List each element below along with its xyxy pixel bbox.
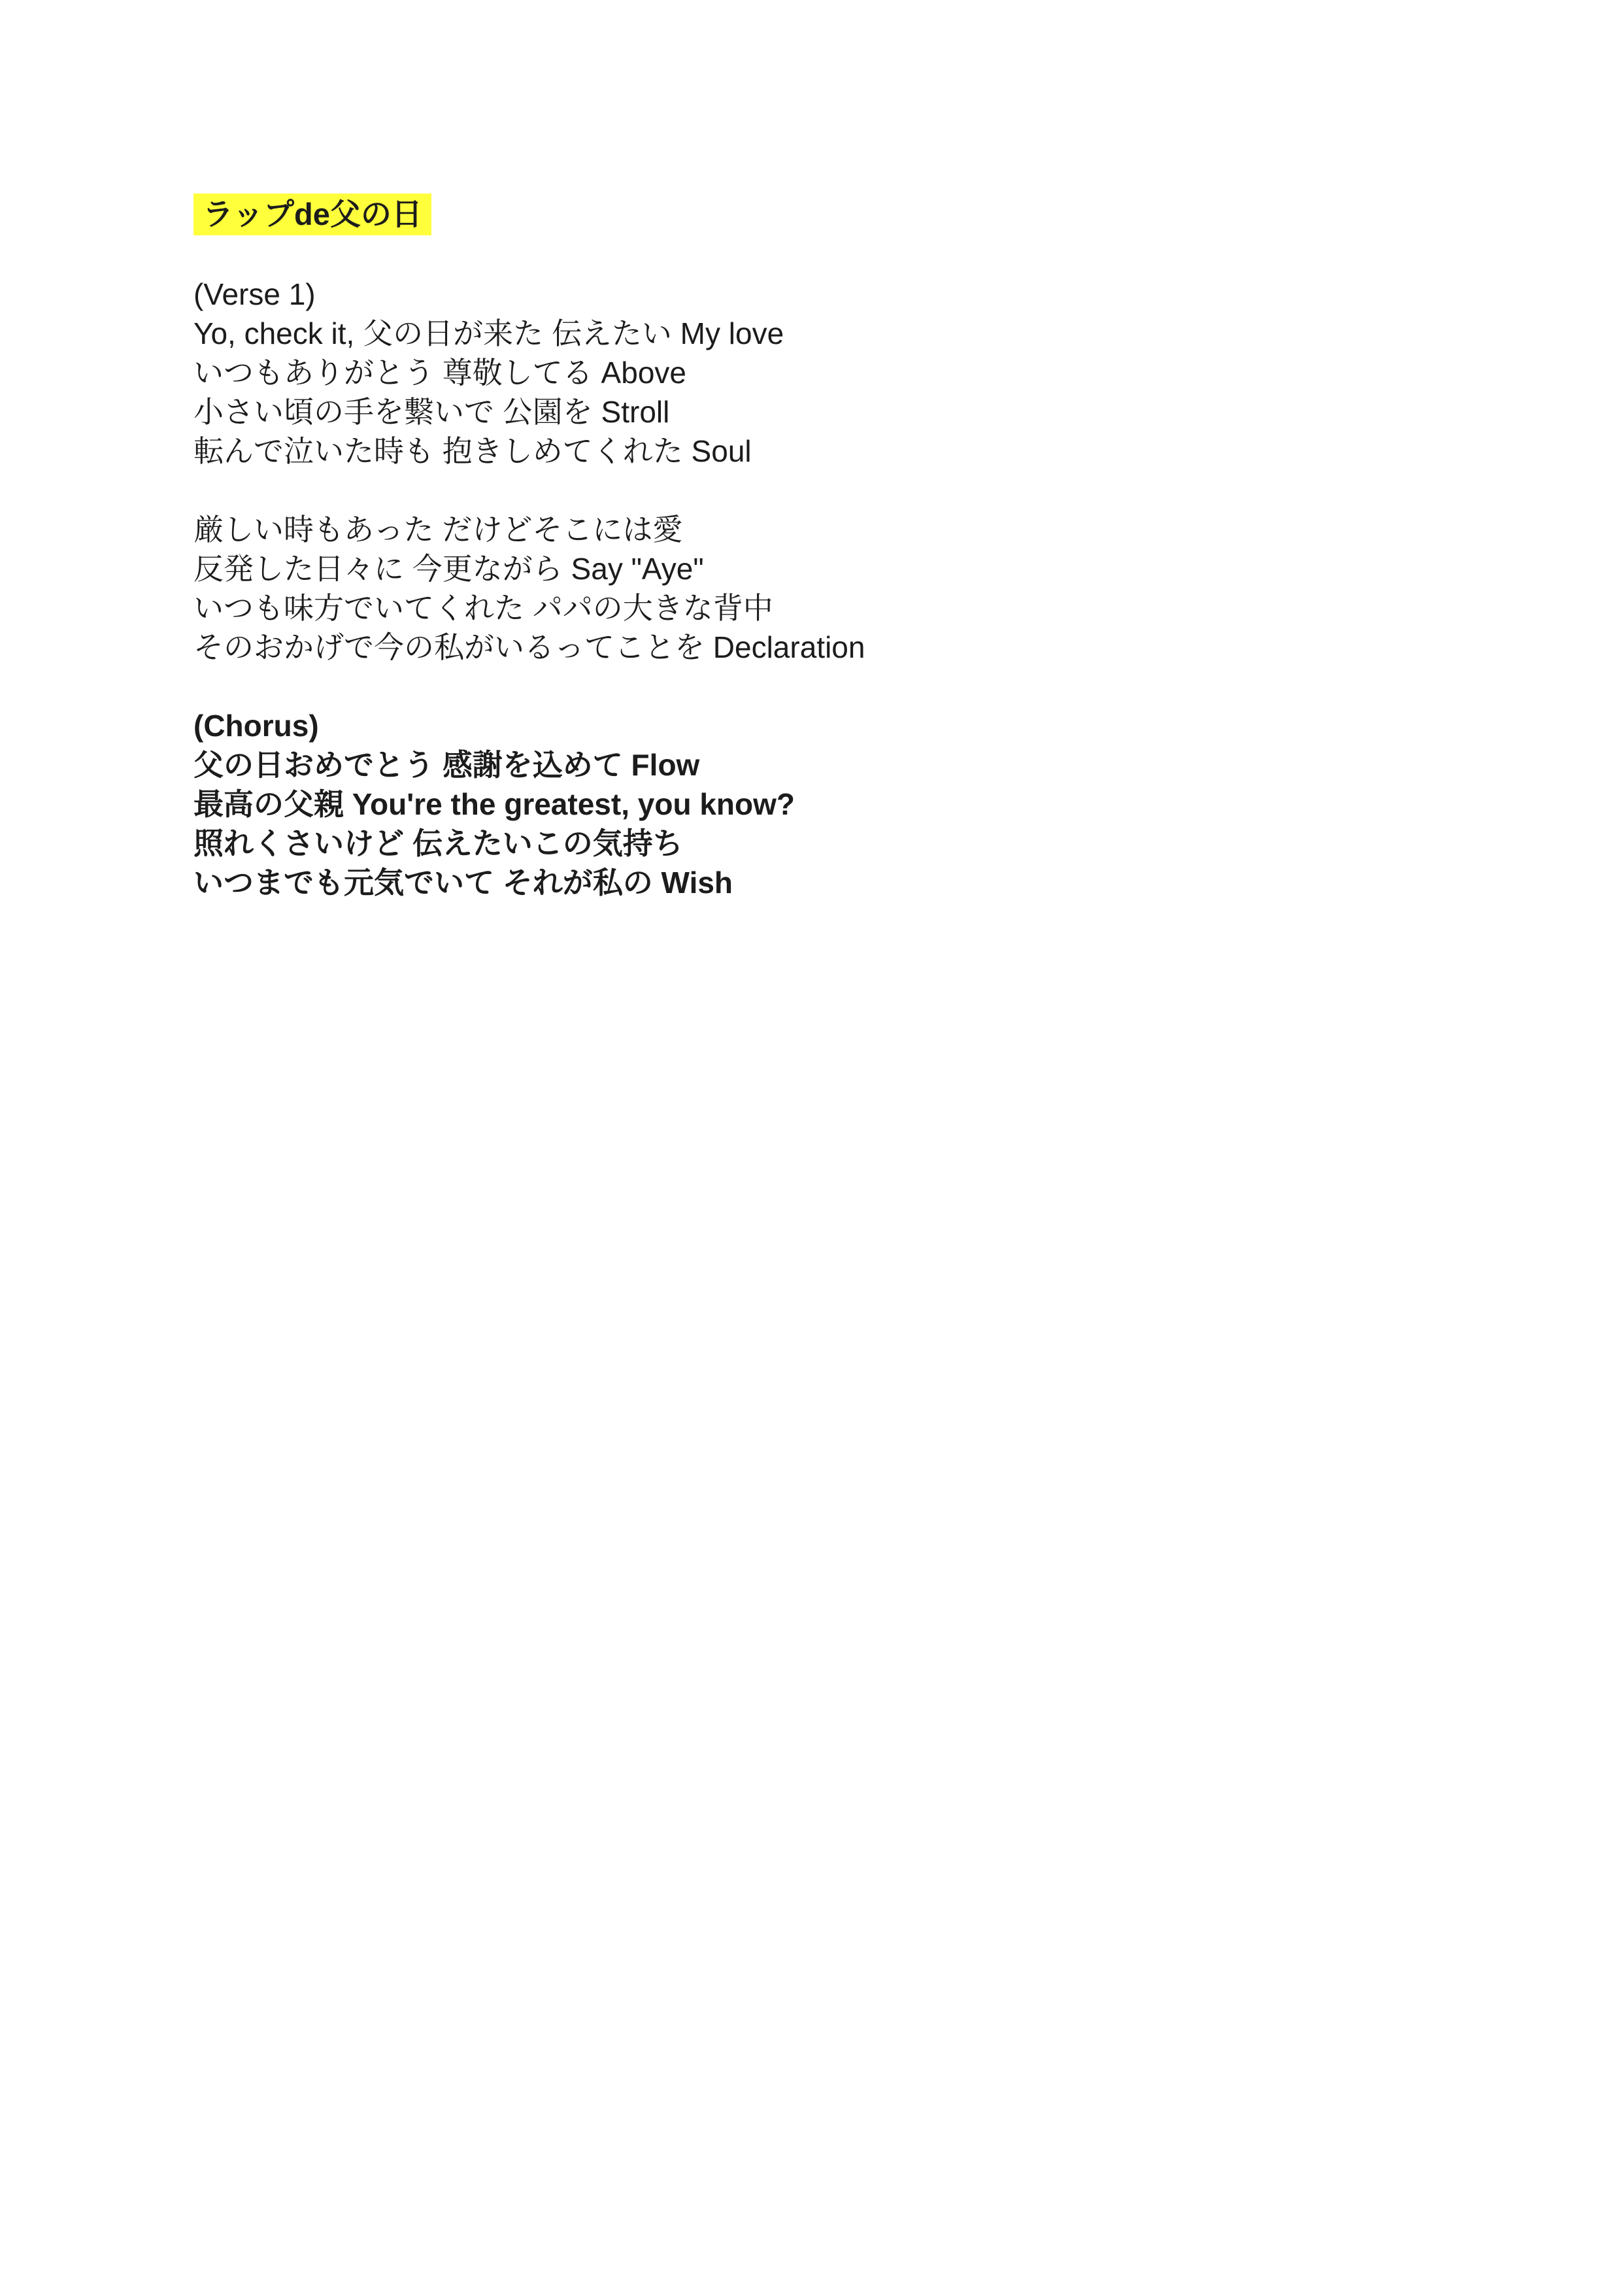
lyric-line: いつまでも元気でいて それが私の Wish — [193, 863, 1435, 902]
verse2-stanza: 厳しい時もあった だけどそこには愛 反発した日々に 今更ながら Say "Aye… — [193, 510, 1435, 667]
verse1-label: (Verse 1) — [193, 275, 1435, 314]
title-row: ラップde父の日 — [193, 194, 1435, 235]
document-page: ラップde父の日 (Verse 1) Yo, check it, 父の日が来た … — [0, 0, 1623, 2296]
lyric-line: 反発した日々に 今更ながら Say "Aye" — [193, 549, 1435, 588]
lyric-line: 転んで泣いた時も 抱きしめてくれた Soul — [193, 431, 1435, 471]
lyric-line: 最高の父親 You're the greatest, you know? — [193, 785, 1435, 824]
lyric-line: 小さい頃の手を繋いで 公園を Stroll — [193, 392, 1435, 431]
lyric-line: 厳しい時もあった だけどそこには愛 — [193, 510, 1435, 549]
lyric-line: いつもありがとう 尊敬してる Above — [193, 353, 1435, 392]
chorus-label: (Chorus) — [193, 706, 1435, 745]
lyric-line: いつも味方でいてくれた パパの大きな背中 — [193, 588, 1435, 628]
chorus-stanza: (Chorus) 父の日おめでとう 感謝を込めて Flow 最高の父親 You'… — [193, 706, 1435, 902]
lyric-line: 照れくさいけど 伝えたいこの気持ち — [193, 824, 1435, 863]
lyric-line: Yo, check it, 父の日が来た 伝えたい My love — [193, 314, 1435, 353]
lyrics-content: ラップde父の日 (Verse 1) Yo, check it, 父の日が来た … — [193, 194, 1435, 902]
page-title: ラップde父の日 — [193, 194, 431, 235]
lyric-line: 父の日おめでとう 感謝を込めて Flow — [193, 745, 1435, 785]
lyric-line: そのおかげで今の私がいるってことを Declaration — [193, 628, 1435, 667]
verse1-stanza: (Verse 1) Yo, check it, 父の日が来た 伝えたい My l… — [193, 275, 1435, 471]
